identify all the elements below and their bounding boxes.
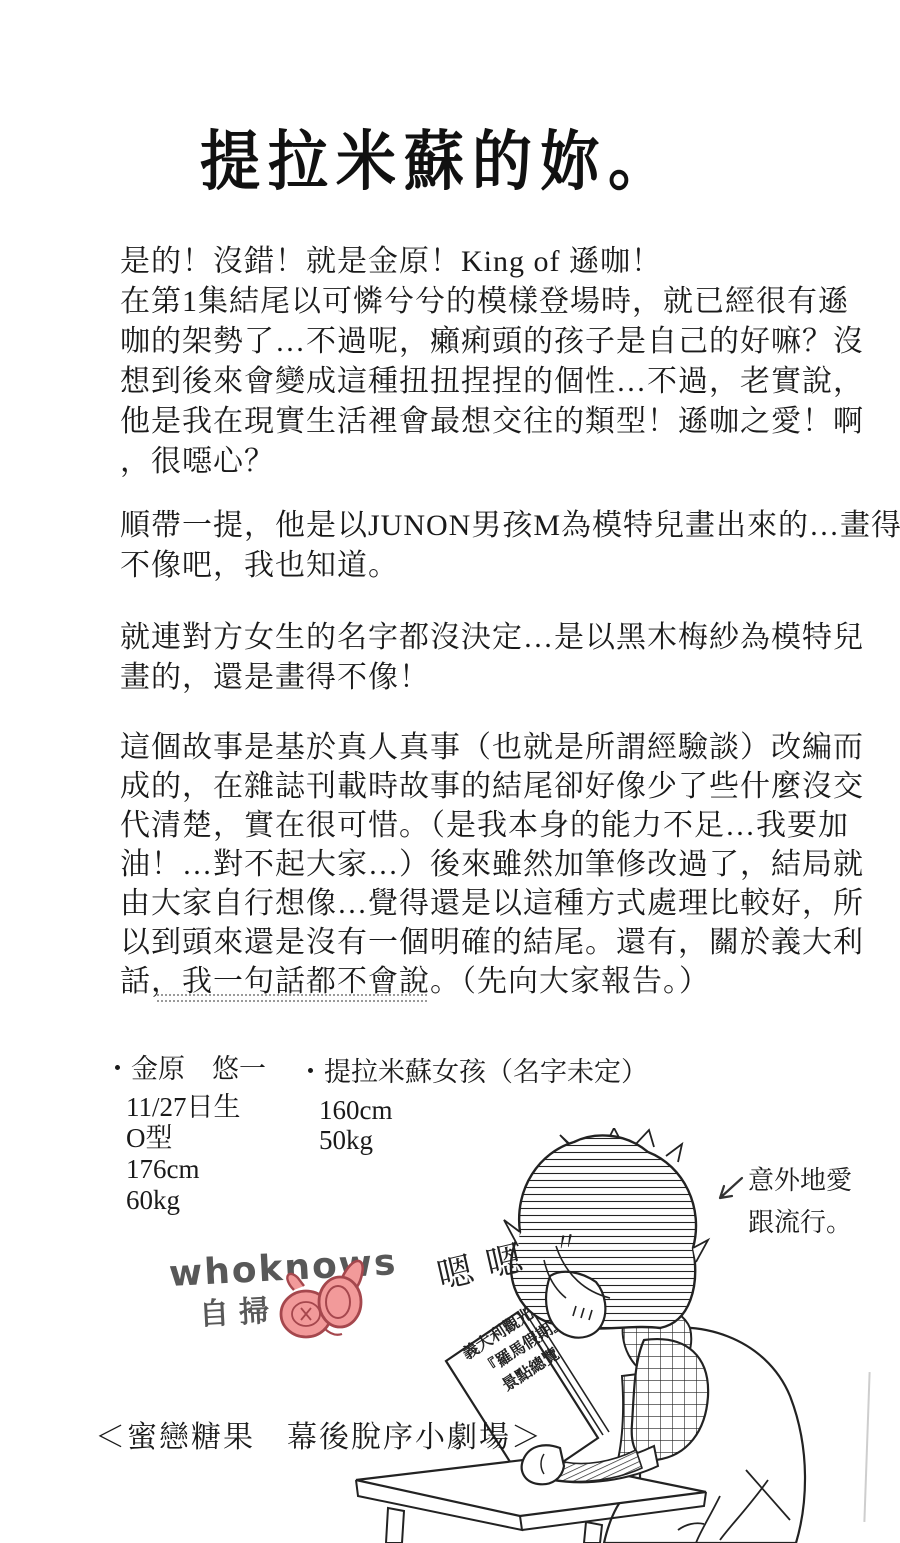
- paragraph-4: 這個故事是基於真人真事（也就是所謂經驗談）改編而 成的，在雜誌刊載時故事的結尾卻…: [120, 728, 832, 1001]
- text-line: 是的！沒錯！就是金原！King of 遜咖！: [120, 242, 832, 282]
- profile-birthday: 11/27日生: [104, 1092, 266, 1122]
- text-line: 這個故事是基於真人真事（也就是所謂經驗談）改編而: [120, 728, 832, 767]
- profile-name: ・金原 悠一: [104, 1054, 266, 1084]
- trend-note: 意外地愛 跟流行。: [748, 1160, 852, 1244]
- profile-height: 176cm: [104, 1154, 266, 1184]
- down-left-arrow-icon: [712, 1172, 746, 1206]
- profile-height: 160cm: [297, 1095, 648, 1125]
- text-line: 代清楚，實在很可惜。（是我本身的能力不足…我要加: [120, 806, 832, 845]
- headphones-icon: [272, 1248, 368, 1348]
- double-rule-divider: [157, 994, 427, 1002]
- text-line: 跟流行。: [748, 1202, 852, 1244]
- text-line: ，很噁心？: [120, 442, 832, 482]
- profile-bloodtype: O型: [104, 1123, 266, 1153]
- text-line: 油！…對不起大家…）後來雖然加筆修改過了，結局就: [120, 845, 832, 884]
- profile-name: ・提拉米蘇女孩（名字未定）: [297, 1057, 648, 1087]
- text-line: 就連對方女生的名字都沒決定…是以黑木梅紗為模特兒: [120, 618, 832, 658]
- text-line: 意外地愛: [748, 1160, 852, 1202]
- text-line: 由大家自行想像…覺得還是以這種方式處理比較好，所: [120, 884, 832, 923]
- text-line: 咖的架勢了…不過呢，癩痢頭的孩子是自己的好嘛？沒: [120, 322, 832, 362]
- text-line: 畫的，還是畫得不像！: [120, 658, 832, 698]
- page-title: 提拉米蘇的妳。: [200, 130, 676, 195]
- character-profile-kanehara: ・金原 悠一 11/27日生 O型 176cm 60kg: [104, 1054, 266, 1215]
- text-line: 在第1集結尾以可憐兮兮的模樣登場時，就已經很有遜: [120, 282, 832, 322]
- text-line: 不像吧，我也知道。: [120, 546, 832, 586]
- paragraph-1: 是的！沒錯！就是金原！King of 遜咖！ 在第1集結尾以可憐兮兮的模樣登場時…: [120, 242, 832, 482]
- paragraph-3: 就連對方女生的名字都沒決定…是以黑木梅紗為模特兒 畫的，還是畫得不像！: [120, 618, 832, 698]
- text-line: 成的，在雜誌刊載時故事的結尾卻好像少了些什麼沒交: [120, 767, 832, 806]
- text-line: 想到後來會變成這種扭扭捏捏的個性…不過，老實說，: [120, 362, 832, 402]
- profile-weight: 60kg: [104, 1185, 266, 1215]
- paragraph-2: 順帶一提，他是以JUNON男孩M為模特兒畫出來的…畫得 不像吧，我也知道。: [120, 506, 832, 586]
- manga-afterword-page: 提拉米蘇的妳。 是的！沒錯！就是金原！King of 遜咖！ 在第1集結尾以可憐…: [0, 0, 900, 1543]
- boy-hair: [504, 1128, 708, 1329]
- text-line: 順帶一提，他是以JUNON男孩M為模特兒畫出來的…畫得: [120, 506, 832, 546]
- footer-caption: ＜蜜戀糖果 幕後脫序小劇場＞: [95, 1412, 543, 1456]
- text-line: 以到頭來還是沒有一個明確的結尾。還有，關於義大利: [120, 923, 832, 962]
- text-line: 他是我在現實生活裡會最想交往的類型！遜咖之愛！啊: [120, 402, 832, 442]
